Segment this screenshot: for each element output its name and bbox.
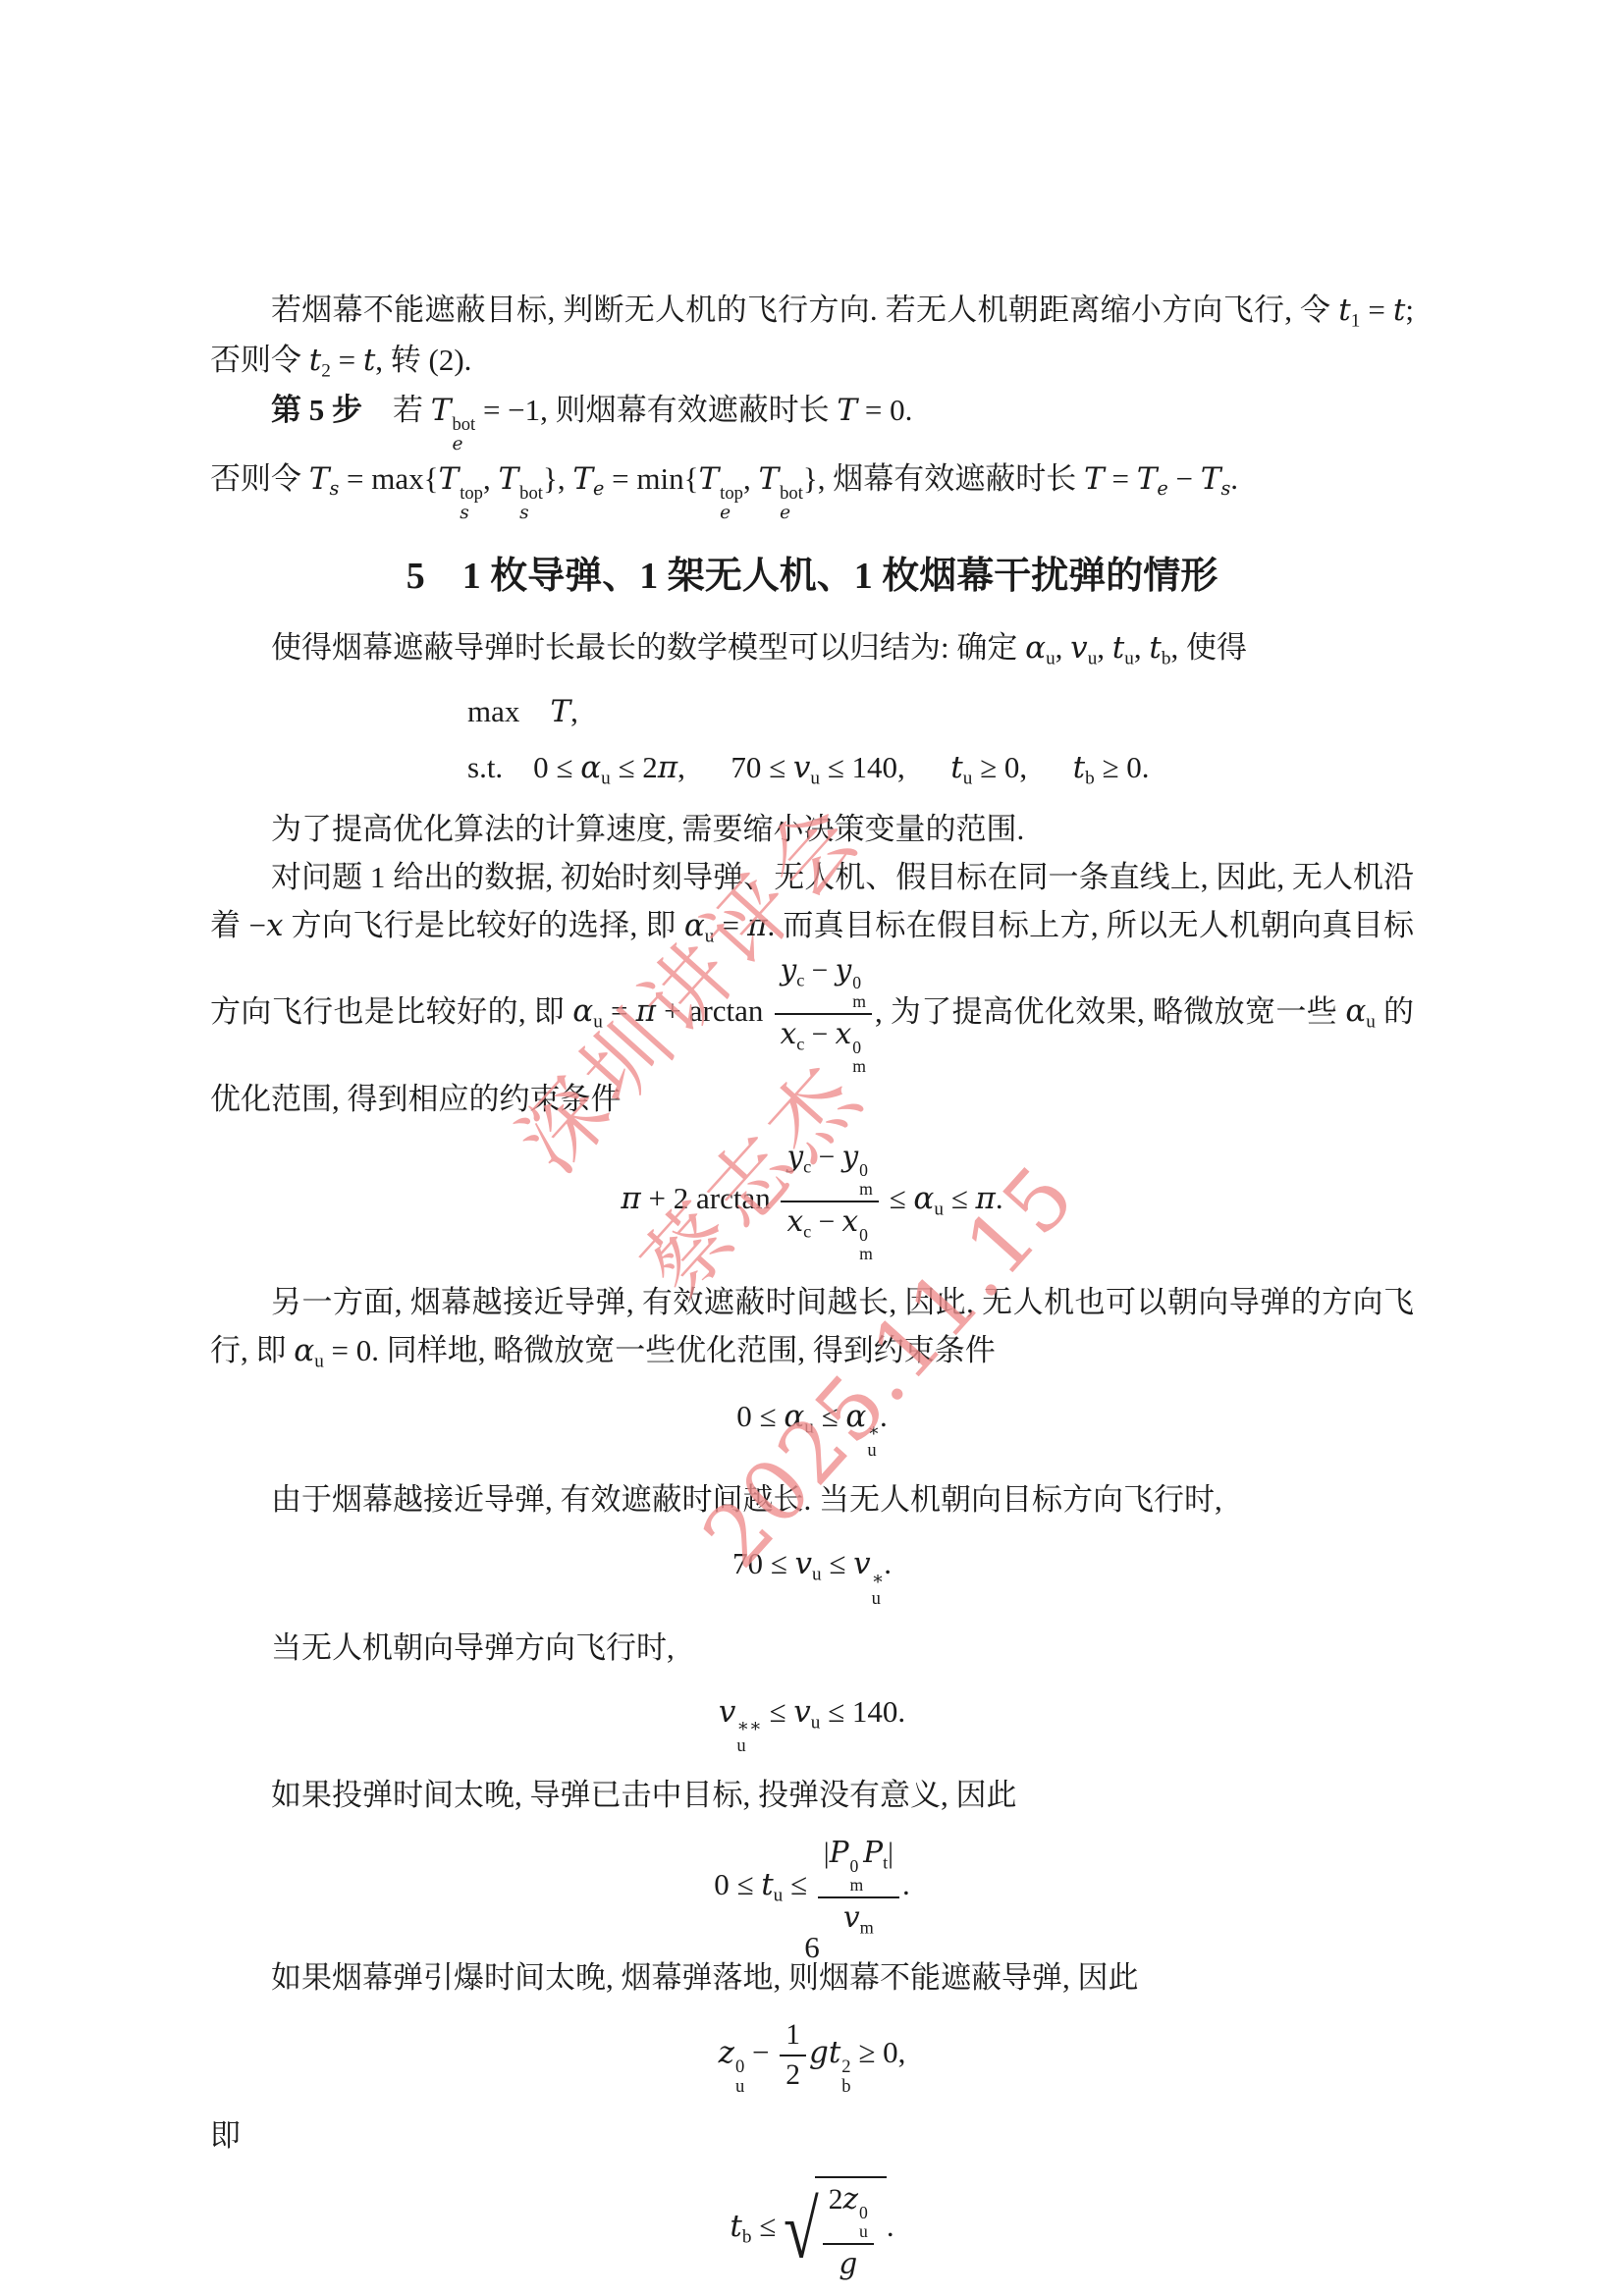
- para-model-intro: 使得烟幕遮蔽导弹时长最长的数学模型可以归结为: 确定 αu, vu, tu, t…: [210, 624, 1414, 674]
- para-step5: 第 5 步 若 Tbote = −1, 则烟幕有效遮蔽时长 T = 0.: [210, 387, 1414, 454]
- para-problem1-analysis: 对问题 1 给出的数据, 初始时刻导弹、无人机、假目标在同一条直线上, 因此, …: [210, 854, 1414, 1124]
- para-that-is: 即: [210, 2112, 1414, 2161]
- eq-detonate-height: z0u − 12gt2b ≥ 0,: [210, 2018, 1414, 2097]
- eq-alpha-range: π + 2 arctan yc − y0mxc − x0m ≤ αu ≤ π.: [210, 1140, 1414, 1263]
- eq-detonate-time: tb ≤ √2z0ug.: [210, 2176, 1414, 2282]
- para-drop-too-late: 如果投弹时间太晚, 导弹已击中目标, 投弹没有意义, 因此: [210, 1772, 1414, 1820]
- page-number: 6: [0, 1930, 1624, 1965]
- para-toward-missile-speed: 当无人机朝向导弹方向飞行时,: [210, 1625, 1414, 1673]
- para-toward-missile: 另一方面, 烟幕越接近导弹, 有效遮蔽时间越长, 因此, 无人机也可以朝向导弹的…: [210, 1279, 1414, 1377]
- para-toward-target-speed: 由于烟幕越接近导弹, 有效遮蔽时间越长. 当无人机朝向目标方向飞行时,: [210, 1476, 1414, 1524]
- eq-optimization-model: max T,s.t. 0 ≤ αu ≤ 2π, 70 ≤ vu ≤ 140, t…: [210, 684, 1414, 796]
- para-speedup: 为了提高优化算法的计算速度, 需要缩小决策变量的范围.: [210, 806, 1414, 854]
- document-page: 若烟幕不能遮蔽目标, 判断无人机的飞行方向. 若无人机朝距离缩小方向飞行, 令 …: [0, 0, 1624, 2296]
- eq-speed-target: 70 ≤ vu ≤ v∗u.: [210, 1540, 1414, 1608]
- eq-speed-missile: v∗∗u ≤ vu ≤ 140.: [210, 1688, 1414, 1756]
- document-content: 若烟幕不能遮蔽目标, 判断无人机的飞行方向. 若无人机朝距离缩小方向飞行, 令 …: [210, 287, 1414, 2296]
- para-step5-else: 否则令 Ts = max{Ttops, Tbots}, Te = min{Tto…: [210, 455, 1414, 523]
- para-uav-direction: 若烟幕不能遮蔽目标, 判断无人机的飞行方向. 若无人机朝距离缩小方向飞行, 令 …: [210, 287, 1414, 387]
- eq-alpha-star: 0 ≤ αu ≤ α∗u.: [210, 1393, 1414, 1461]
- section-heading: 5 1 枚导弹、1 架无人机、1 枚烟幕干扰弹的情形: [210, 553, 1414, 601]
- eq-drop-time: 0 ≤ tu ≤ |P0mPt|vm.: [210, 1836, 1414, 1939]
